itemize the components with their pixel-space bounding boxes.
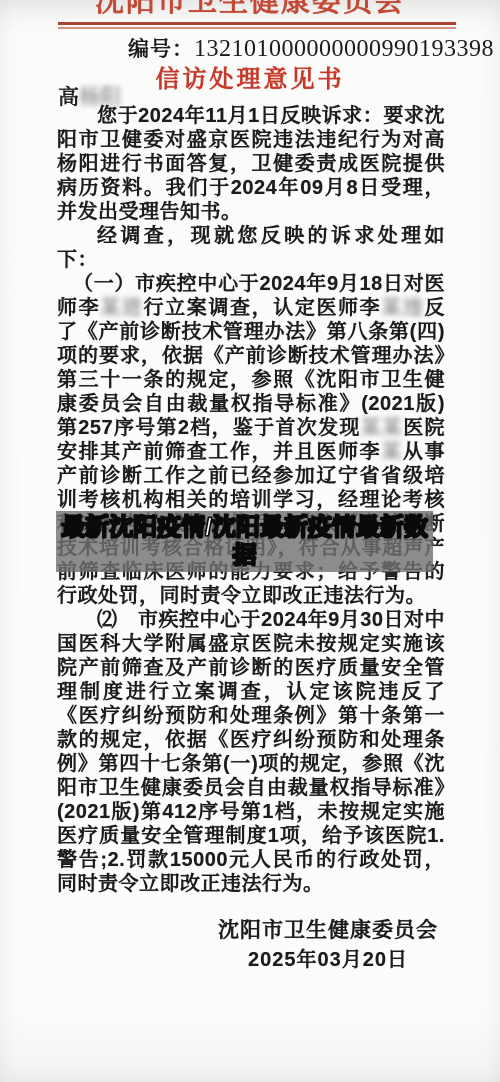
document-page: 沈阳市卫生健康委员会 编号：132101000000000990193398 信…: [0, 0, 500, 1082]
document-body: 您于2024年11月1日反映诉求：要求沈阳市卫健委对盛京医院违法违纪行为对高杨阳…: [57, 104, 445, 896]
serial-label: 编号：: [128, 38, 194, 61]
signature-date: 2025年03月20日: [218, 946, 438, 974]
redacted-text: 某违: [381, 297, 424, 319]
redacted-text: 某某: [361, 417, 404, 439]
letterhead-double-rule: [58, 22, 456, 29]
signature-org: 沈阳市卫生健康委员会: [218, 916, 438, 946]
paragraph-text: 您于2024年11月1日反映诉求：要求沈阳市卫健委对盛京医院违法违纪行为对高杨阳…: [57, 105, 445, 223]
paragraph-text: ⑵ 市疾控中心于2024年9月30日对中国医科大学附属盛京医院未按规定实施该院产…: [57, 609, 445, 895]
watermark-overlay: 最新沈阳疫情/沈阳最新疫情最新数据: [56, 511, 433, 572]
signature-block: 沈阳市卫生健康委员会 2025年03月20日: [218, 916, 438, 974]
paragraph: 经调查，现就您反映的诉求处理如下：: [57, 224, 445, 272]
redacted-text: 某: [381, 441, 403, 463]
paragraph-text: 行立案调查，认定医师李: [144, 297, 382, 319]
paragraph: 您于2024年11月1日反映诉求：要求沈阳市卫健委对盛京医院违法违纪行为对高杨阳…: [57, 104, 445, 224]
paragraph: ⑵ 市疾控中心于2024年9月30日对中国医科大学附属盛京医院未按规定实施该院产…: [57, 608, 445, 896]
paragraph-text: 经调查，现就您反映的诉求处理如下：: [57, 225, 445, 271]
letterhead-org-name: 沈阳市卫生健康委员会: [0, 0, 500, 20]
redacted-text: 某进: [100, 297, 143, 319]
